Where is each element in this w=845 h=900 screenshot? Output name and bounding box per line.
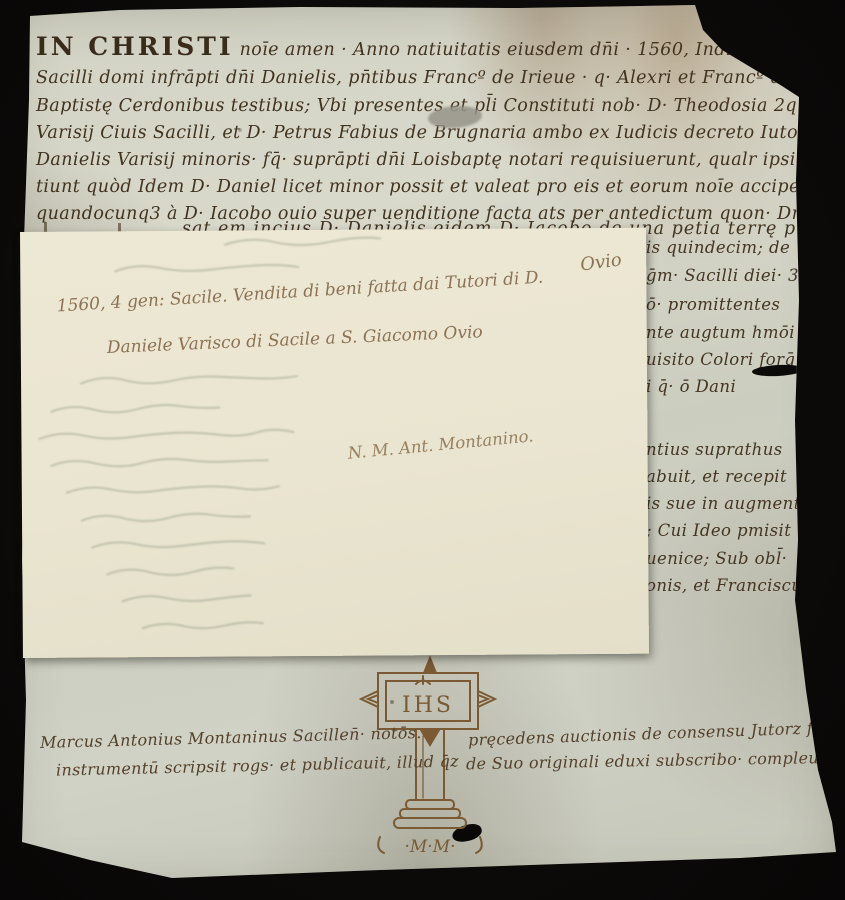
mark-top-spike bbox=[424, 658, 436, 673]
plaque-left-flourish bbox=[368, 695, 378, 703]
column-base-disc bbox=[394, 818, 466, 828]
right-fragment-3: ō· promittentes bbox=[646, 295, 780, 314]
invocation-heading: IN CHRISTI bbox=[36, 32, 234, 61]
right-fragment-4: nte augtum hmōi bbox=[646, 323, 795, 342]
manuscript-line-1-text: noīe amen · Anno natiuitatis eiusdem dn̄… bbox=[240, 40, 845, 60]
right-fragment-6: i q̄· ō Dani bbox=[646, 377, 736, 396]
manuscript-line-5: Danielis Varisij minoris· fq̄· suprāpti … bbox=[36, 150, 845, 170]
colophon-right-line-1: pręcedens auctionis de consensu Jutorz f… bbox=[468, 717, 845, 749]
right-fragment-12: onis, et Franciscus bbox=[646, 576, 811, 595]
plaque-pendant bbox=[421, 730, 439, 745]
manuscript-line-1: IN CHRISTI noīe amen · Anno natiuitatis … bbox=[36, 32, 845, 61]
manuscript-line-6: tiunt quòd Idem D· Daniel licet minor po… bbox=[36, 177, 819, 197]
colophon-right-line-2: de Suo originali eduxi subscribo· comple… bbox=[466, 748, 845, 774]
right-fragment-11: uenice; Sub obl̄· bbox=[646, 549, 787, 568]
base-initials: ·M·M· bbox=[404, 837, 455, 857]
right-fragment-8: abuit, et recepit bbox=[646, 467, 787, 486]
plaque-right-flourish bbox=[478, 695, 488, 703]
right-fragment-7: ntius suprathus bbox=[646, 440, 783, 459]
right-fragment-9: is sue in augmentum) bbox=[646, 494, 835, 513]
column-base-disc bbox=[406, 800, 454, 809]
column-base-disc bbox=[400, 809, 460, 818]
base-left-swash bbox=[378, 837, 384, 853]
manuscript-line-2: Sacilli domi infrāpti dn̄i Danielis, pn̄… bbox=[36, 68, 845, 88]
photograph-background: IN CHRISTI noīe amen · Anno natiuitatis … bbox=[0, 0, 845, 900]
right-fragment-1: is quindecim; de bbox=[646, 238, 790, 257]
right-fragment-10: ; Cui Ideo pmisit bbox=[646, 521, 791, 540]
paper-slip: Ovio 1560, 4 gen: Sacile. Vendita di ben… bbox=[20, 228, 649, 658]
plaque-text-ihs: IHS bbox=[402, 693, 454, 718]
base-right-swash bbox=[476, 837, 482, 853]
speck bbox=[238, 128, 242, 132]
right-fragment-2: ḡm· Sacilli diei· 3· bbox=[646, 266, 805, 285]
